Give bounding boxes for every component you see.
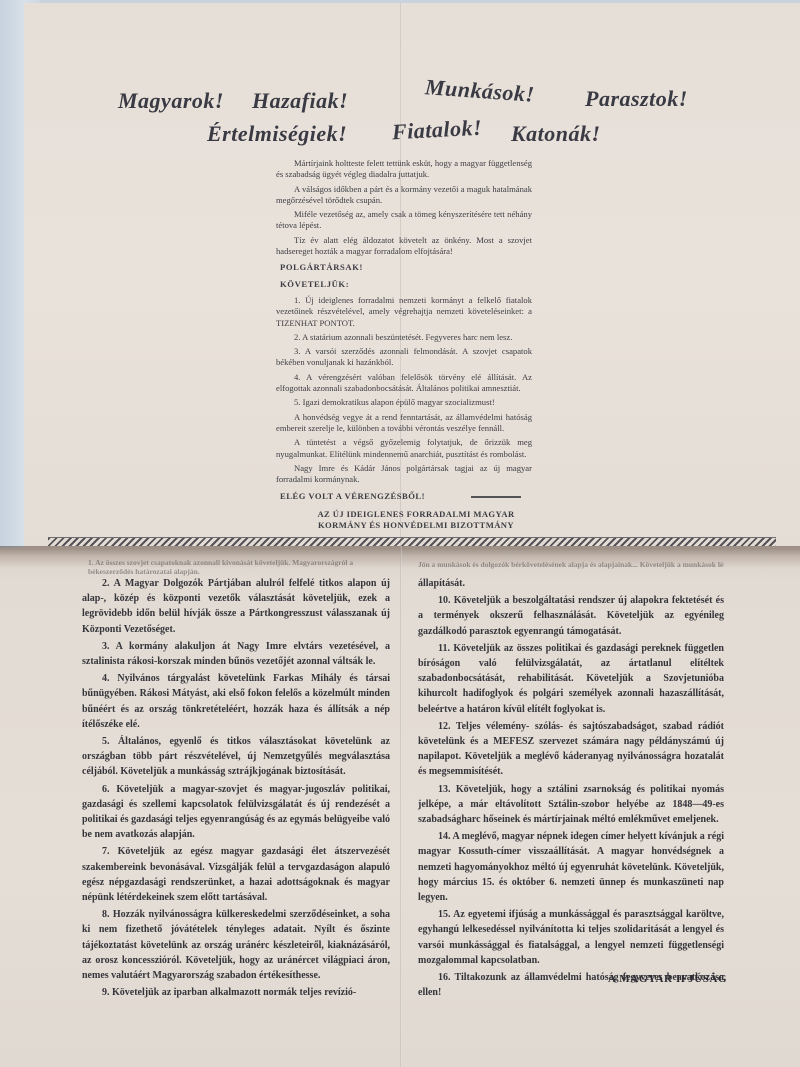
demand-point-11: 11. Követeljük az összes politikai és ga… (418, 641, 724, 717)
demand-item: 3. A varsói szerződés azonnali felmondás… (276, 346, 532, 369)
demands-column-right: állapítását. 10. Követeljük a beszolgált… (418, 576, 724, 1002)
decorative-wavy-divider (48, 537, 776, 546)
demand-point-7: 7. Követeljük az egész magyar gazdasági … (82, 844, 390, 905)
demand-point-14: 14. A meglévő, magyar népnek idegen címe… (418, 829, 724, 905)
youth-signature: A MAGYAR IFJÚSÁG (608, 973, 727, 985)
closing-slogan-text: ELÉG VOLT A VÉRENGZÉSBŐL! (280, 491, 425, 501)
demand-point-9-continuation: állapítását. (418, 576, 724, 591)
demand-point-6: 6. Követeljük a magyar-szovjet és magyar… (82, 782, 390, 843)
headline-magyarok: Magyarok! (118, 88, 224, 114)
intro-paragraph: A válságos időkben a párt és a kormány v… (276, 184, 532, 207)
demand-point-12: 12. Teljes vélemény- szólás- és sajtósza… (418, 719, 724, 780)
closing-dash-rule (471, 496, 521, 498)
headline-katonak: Katonák! (511, 121, 601, 147)
headline-fiatalok: Fiatalok! (391, 115, 482, 146)
demand-point-15: 15. Az egyetemi ifjúság a munkássággal é… (418, 907, 724, 968)
headline-row-2: Értelmiségiek! Fiatalok! Katonák! (0, 119, 800, 149)
demand-point-9: 9. Követeljük az iparban alkalmazott nor… (82, 985, 390, 1000)
government-signature-line-2: KORMÁNY ÉS HONVÉDELMI BIZOTTMÁNY (276, 520, 532, 531)
addressee-heading: POLGÁRTÁRSAK! (276, 262, 532, 273)
demand-point-8: 8. Hozzák nyilvánosságra külkereskedelmi… (82, 907, 390, 983)
demands-column-left: 2. A Magyar Dolgozók Pártjában alulról f… (82, 576, 390, 1002)
demand-point-2: 2. A Magyar Dolgozók Pártjában alulról f… (82, 576, 390, 637)
smudged-right-line: Jön a munkások és dolgozók bérkövetelésé… (418, 560, 724, 570)
demand-point-3: 3. A kormány alakuljon át Nagy Imre elvt… (82, 639, 390, 669)
closing-slogan: ELÉG VOLT A VÉRENGZÉSBŐL! (276, 491, 532, 502)
government-signature-line-1: AZ ÚJ IDEIGLENES FORRADALMI MAGYAR (276, 509, 532, 520)
demand-point-13: 13. Követeljük, hogy a sztálini zsarnoks… (418, 782, 724, 828)
demand-point-4: 4. Nyilvános tárgyalást követelünk Farka… (82, 671, 390, 732)
extra-paragraph: A tüntetést a végső győzelemig folytatju… (276, 437, 532, 460)
smudged-demand-1: 1. Az összes szovjet csapatoknak azonnal… (88, 558, 388, 576)
demand-item: 4. A vérengzésért valóban felelősök törv… (276, 372, 532, 395)
proclamation-column: Mártírjaink holtteste felett tettünk esk… (276, 158, 532, 531)
headline-hazafiak: Hazafiak! (252, 88, 348, 114)
demand-point-10: 10. Követeljük a beszolgáltatási rendsze… (418, 593, 724, 639)
intro-paragraph: Tíz év alatt elég áldozatot követelt az … (276, 235, 532, 258)
demand-item: 1. Új ideiglenes forradalmi nemzeti korm… (276, 295, 532, 329)
headline-row-1: Magyarok! Hazafiak! Munkások! Parasztok! (0, 88, 800, 118)
headline-parasztok: Parasztok! (585, 86, 688, 112)
demands-heading: KÖVETELJÜK: (276, 279, 532, 290)
extra-paragraph: A honvédség vegye át a rend fenntartását… (276, 412, 532, 435)
headline-ertelmisegiek: Értelmiségiek! (207, 121, 347, 147)
demand-item: 2. A statárium azonnali beszüntetését. F… (276, 332, 532, 343)
intro-paragraph: Miféle vezetőség az, amely csak a tömeg … (276, 209, 532, 232)
extra-paragraph: Nagy Imre és Kádár János polgártársak ta… (276, 463, 532, 486)
demand-item: 5. Igazi demokratikus alapon épülő magya… (276, 397, 532, 408)
demand-point-5: 5. Általános, egyenlő és titkos választá… (82, 734, 390, 780)
intro-paragraph: Mártírjaink holtteste felett tettünk esk… (276, 158, 532, 181)
